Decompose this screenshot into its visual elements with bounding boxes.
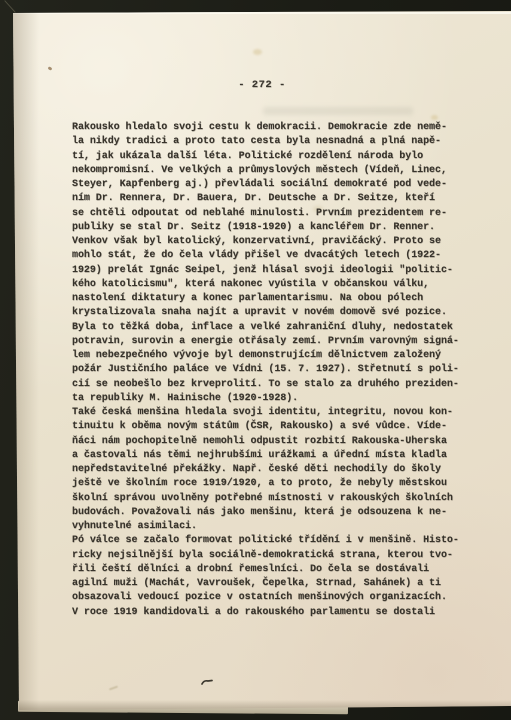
scratch-mark — [4, 0, 15, 13]
book-photo-background: - 272 - Rakousko hledalo svoji cestu k d… — [0, 0, 511, 720]
document-page: - 272 - Rakousko hledalo svoji cestu k d… — [13, 11, 511, 710]
paper-fiber — [109, 686, 118, 691]
paper-stain — [431, 115, 438, 120]
page-body-text: Rakousko hledalo svoji cestu k demokraci… — [72, 121, 459, 620]
page-number: - 272 - — [13, 79, 511, 91]
ink-ghost-smudge — [263, 107, 413, 115]
paper-stain — [253, 49, 262, 55]
paper-speck — [48, 66, 53, 71]
ink-mark — [201, 678, 214, 686]
